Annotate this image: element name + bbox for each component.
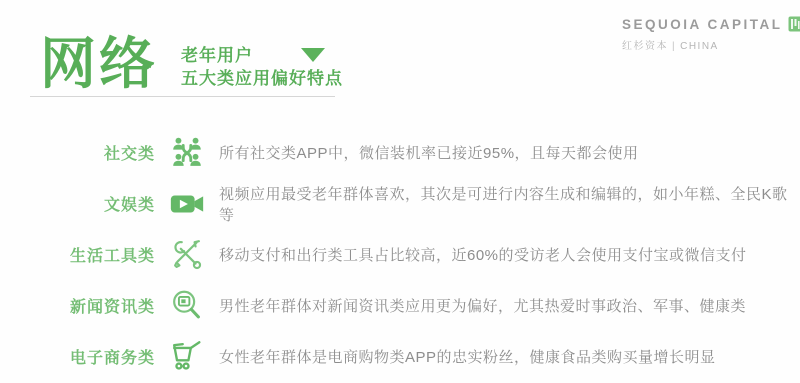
page-title: 网络 [40,20,158,100]
shopping-cart-icon [155,338,219,376]
category-label: 社交类 [0,141,155,164]
category-description: 所有社交类APP中，微信装机率已接近95%，且每天都会使用 [219,142,639,163]
logo-cn: 红杉资本 [622,41,668,52]
news-search-icon [155,287,219,325]
category-description: 视频应用最受老年群体喜欢，其次是可进行内容生成和编辑的，如小年糕、全民K歌等 [219,183,800,225]
category-label: 电子商务类 [0,345,155,368]
category-description: 男性老年群体对新闻资讯类应用更为偏好，尤其热爱时事政治、军事、健康类 [219,295,746,316]
category-label: 文娱类 [0,192,155,215]
logo-wordmark: SEQUOIA CAPITAL [622,17,783,32]
tools-icon [155,236,219,274]
logo-region: CHINA [680,41,719,52]
category-label: 新闻资讯类 [0,294,155,317]
row-news: 新闻资讯类 男性老年群体对新闻资讯类应用更为偏好，尤其热爱时事政治、军事、健康类 [0,280,800,331]
video-camera-icon [155,185,219,223]
row-entertainment: 文娱类 视频应用最受老年群体喜欢，其次是可进行内容生成和编辑的，如小年糕、全民K… [0,178,800,229]
slide-page: 网络 老年用户 五大类应用偏好特点 SEQUOIA CAPITAL 红杉资本|C… [0,0,800,383]
category-label: 生活工具类 [0,243,155,266]
category-list: 社交类 所有社交类APP中，微信装机率已接近95%，且每天都会使用 文娱类 [0,127,800,382]
logo-subline: 红杉资本|CHINA [622,37,800,52]
header-divider [30,96,335,97]
subtitle-line2: 五大类应用偏好特点 [181,67,343,90]
sequoia-logo: SEQUOIA CAPITAL 红杉资本|CHINA [622,16,800,52]
category-description: 女性老年群体是电商购物类APP的忠实粉丝，健康食品类购买量增长明显 [219,346,716,367]
people-network-icon [155,134,219,172]
category-description: 移动支付和出行类工具占比较高，近60%的受访老人会使用支付宝或微信支付 [219,244,747,265]
sequoia-seal-icon [788,16,800,32]
triangle-down-icon [301,48,325,62]
logo-divider: | [672,41,676,52]
row-ecommerce: 电子商务类 女性老年群体是电商购物类APP的忠实粉丝，健康食品类购买量增长明显 [0,331,800,382]
row-life-tools: 生活工具类 移动支付和出行类工具占比较高，近60%的受访老人会使用支付宝或微信支… [0,229,800,280]
row-social: 社交类 所有社交类APP中，微信装机率已接近95%，且每天都会使用 [0,127,800,178]
